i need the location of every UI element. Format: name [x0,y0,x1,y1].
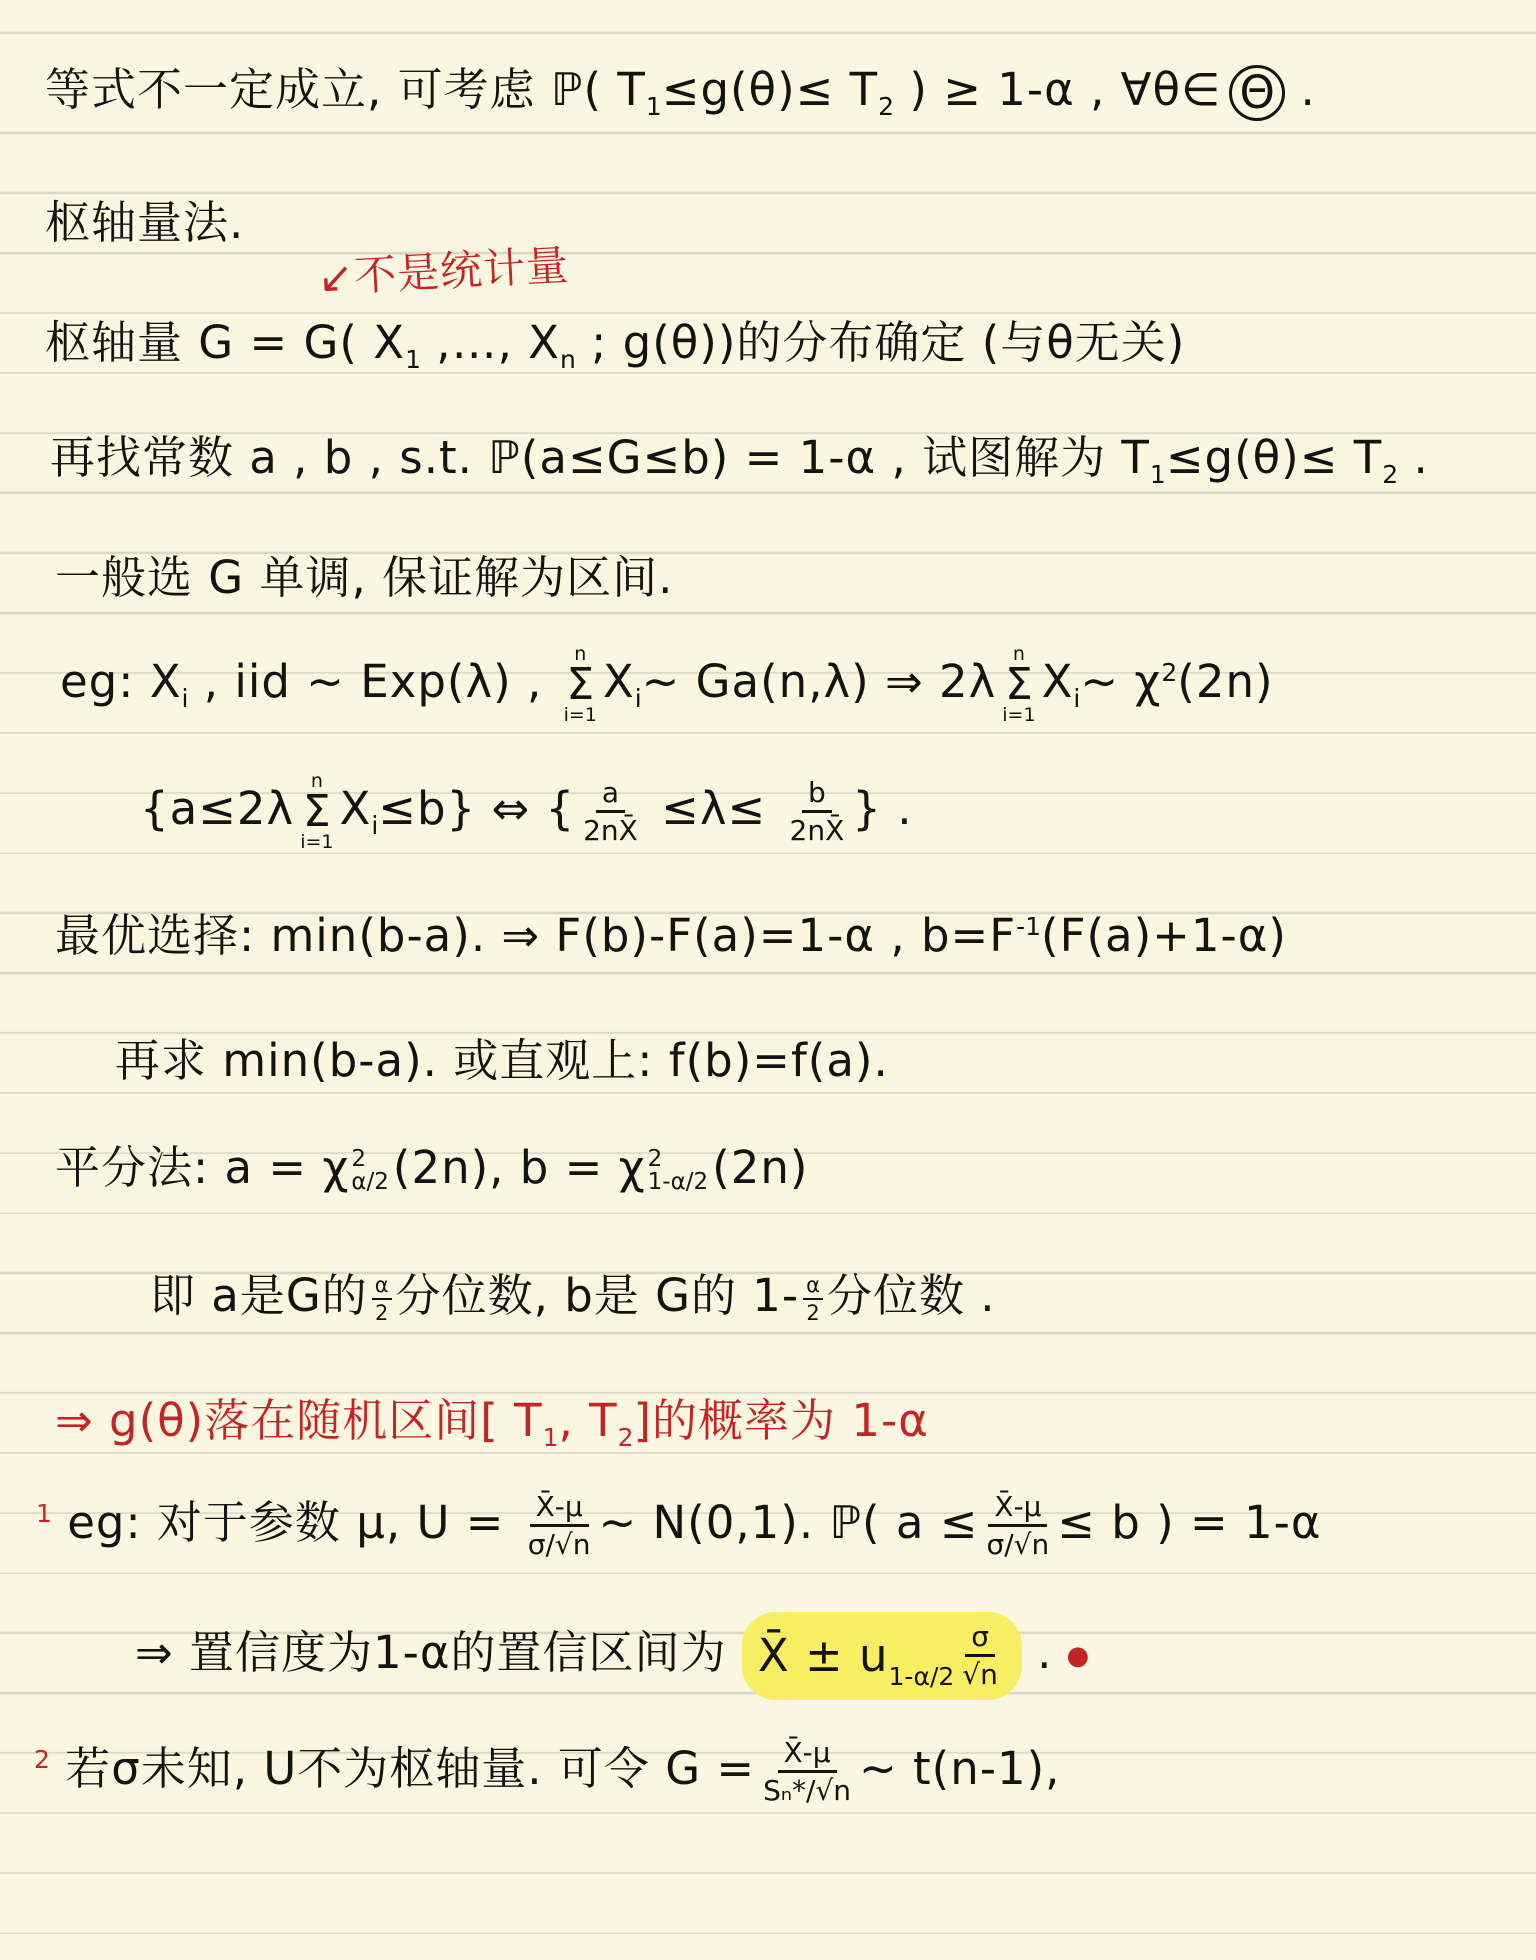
subscript: 1 [405,345,421,374]
text-run: X̄ ± u [758,1628,889,1684]
summation: nΣi=1 [1002,645,1035,725]
text-run: (2n) [712,1141,808,1194]
text-run: 即 a是G的 [150,1269,368,1322]
line-pivot-method-title: 枢轴量法. [45,195,244,251]
line-pivot-definition: 枢轴量 G = G( X1 ,…, Xn ; g(θ))的分布确定 (与θ无关) [45,315,1185,375]
fraction: b2nX̄ [790,778,845,846]
text-run: 再求 min(b-a). 或直观上: f(b)=f(a). [115,1034,889,1087]
line-interval-equivalence: {a≤2λnΣi=1Xi≤b} ⇔ {a2nX̄ ≤λ≤ b2nX̄} . [140,772,913,852]
line-coverage-inequality: 等式不一定成立, 可考虑 ℙ( T1≤g(θ)≤ T2 ) ≥ 1-α , ∀θ… [45,62,1316,122]
line-find-constants: 再找常数 a , b , s.t. ℙ(a≤G≤b) = 1-α , 试图解为 … [50,430,1429,490]
footnote-mark-1: 1 [36,1499,52,1528]
text-run: . [1022,1626,1053,1679]
text-run: 不是统计量 [353,240,570,300]
line-quantile-note: 即 a是G的α2分位数, b是 G的 1-α2分位数 . [150,1268,996,1324]
text-run: ,…, X [421,316,560,369]
line-equal-tail-split: 平分法: a = χ2α/2(2n), b = χ21-α/2(2n) [55,1140,808,1196]
text-run: 一般选 G 单调, 保证解为区间. [55,551,673,604]
text-run: 分位数, b是 G的 1- [396,1269,800,1322]
fraction: X̄-μσ/√n [986,1492,1049,1560]
annotation-not-a-statistic: ↙不是统计量 [317,239,571,305]
text-run: , iid ~ Exp(λ) , [189,655,558,708]
line-confidence-interval: ⇒ 置信度为1-α的置信区间为 X̄ ± u1-α/2σ√n .● [135,1612,1090,1700]
text-run: ~ Ga(n,λ) ⇒ 2λ [642,655,997,708]
line-optimal-choice: 最优选择: min(b-a). ⇒ F(b)-F(a)=1-α , b=F-1(… [55,908,1287,964]
text-run: ]的概率为 1-α [634,1394,929,1447]
text-run: eg: 对于参数 μ, U = [52,1496,520,1549]
subscript: n [560,345,576,374]
summation: nΣi=1 [564,645,597,725]
text-run: ~ N(0,1). ℙ( a ≤ [599,1496,979,1549]
text-run: ≤λ≤ [646,782,782,835]
summation: nΣi=1 [300,772,333,852]
text-run: eg: X [60,655,182,708]
subscript: i [635,684,642,713]
text-run: ; g(θ))的分布确定 (与θ无关) [576,316,1185,369]
text-run: ≤g(θ)≤ T [662,63,878,116]
circled-theta: Θ [1229,65,1285,121]
subscript: 2 [618,1423,634,1452]
text-run: , T [558,1394,617,1447]
subscript: 1 [1150,460,1166,489]
superscript: 2 [1161,658,1177,687]
line-sigma-unknown: 2 若σ未知, U不为枢轴量. 可令 G =X̄-μSₙ*/√n~ t(n-1)… [34,1738,1061,1806]
text-run: X [339,782,371,835]
text-run: 等式不一定成立, 可考虑 ℙ( T [45,63,646,116]
text-run: X [1042,655,1074,708]
text-run: ) ≥ 1-α , ∀θ∈ [894,63,1221,116]
sup-sub-stack: 21-α/2 [648,1148,708,1194]
superscript: -1 [1016,912,1041,941]
line-example-normal-mean: 1 eg: 对于参数 μ, U = X̄-μσ/√n~ N(0,1). ℙ( a… [36,1492,1322,1560]
footnote-mark-2: 2 [34,1745,50,1774]
text-run: 再找常数 a , b , s.t. ℙ(a≤G≤b) = 1-α , 试图解为 … [50,431,1150,484]
notebook-page: 等式不一定成立, 可考虑 ℙ( T1≤g(θ)≤ T2 ) ≥ 1-α , ∀θ… [0,0,1536,1960]
text-run: 若σ未知, U不为枢轴量. 可令 G = [50,1742,755,1795]
text-run: ≤ b ) = 1-α [1057,1496,1321,1549]
text-run: } . [852,782,912,835]
line-then-minimize: 再求 min(b-a). 或直观上: f(b)=f(a). [115,1033,889,1089]
subscript: 1 [543,1423,559,1452]
fraction: α2 [372,1274,392,1324]
text-run: (2n), b = χ [393,1141,646,1194]
text-run: ⇒ 置信度为1-α的置信区间为 [135,1626,742,1679]
text-run: . [1398,431,1429,484]
fraction: α2 [803,1274,823,1324]
sup-sub-stack: 2α/2 [351,1148,389,1194]
text-run: (F(a)+1-α) [1041,909,1287,962]
text-run: . [1285,63,1316,116]
arrow-down-left-icon: ↙ [317,252,356,303]
text-run: 最优选择: min(b-a). ⇒ F(b)-F(a)=1-α , b=F [55,909,1016,962]
fraction: σ√n [962,1622,998,1690]
text-run: ⇒ g(θ)落在随机区间[ T [55,1394,543,1447]
text-run: ≤b} ⇔ { [378,782,575,835]
subscript: i [182,684,189,713]
subscript: 1-α/2 [889,1661,955,1692]
subscript: 2 [878,92,894,121]
subscript: 1 [646,92,662,121]
text-run: 枢轴量 G = G( X [45,316,405,369]
text-run: ~ χ [1080,655,1161,708]
red-dot-marker: ● [1066,1641,1090,1671]
line-choose-monotone: 一般选 G 单调, 保证解为区间. [55,550,673,606]
text-run: 枢轴量法. [45,196,244,249]
text-run: ≤g(θ)≤ T [1166,431,1382,484]
fraction: X̄-μSₙ*/√n [763,1738,851,1806]
text-run: ~ t(n-1), [859,1742,1060,1795]
text-run: (2n) [1177,655,1273,708]
fraction: a2nX̄ [583,778,638,846]
text-run: X [603,655,635,708]
text-run: 分位数 . [827,1269,996,1322]
line-example-exponential: eg: Xi , iid ~ Exp(λ) , nΣi=1Xi~ Ga(n,λ)… [60,645,1274,725]
line-conclusion-probability: ⇒ g(θ)落在随机区间[ T1, T2]的概率为 1-α [55,1393,929,1453]
text-run: {a≤2λ [140,782,294,835]
text-run: 平分法: a = χ [55,1141,349,1194]
highlight-region: X̄ ± u1-α/2σ√n [742,1612,1022,1700]
fraction: X̄-μσ/√n [528,1492,591,1560]
subscript: 2 [1382,460,1398,489]
